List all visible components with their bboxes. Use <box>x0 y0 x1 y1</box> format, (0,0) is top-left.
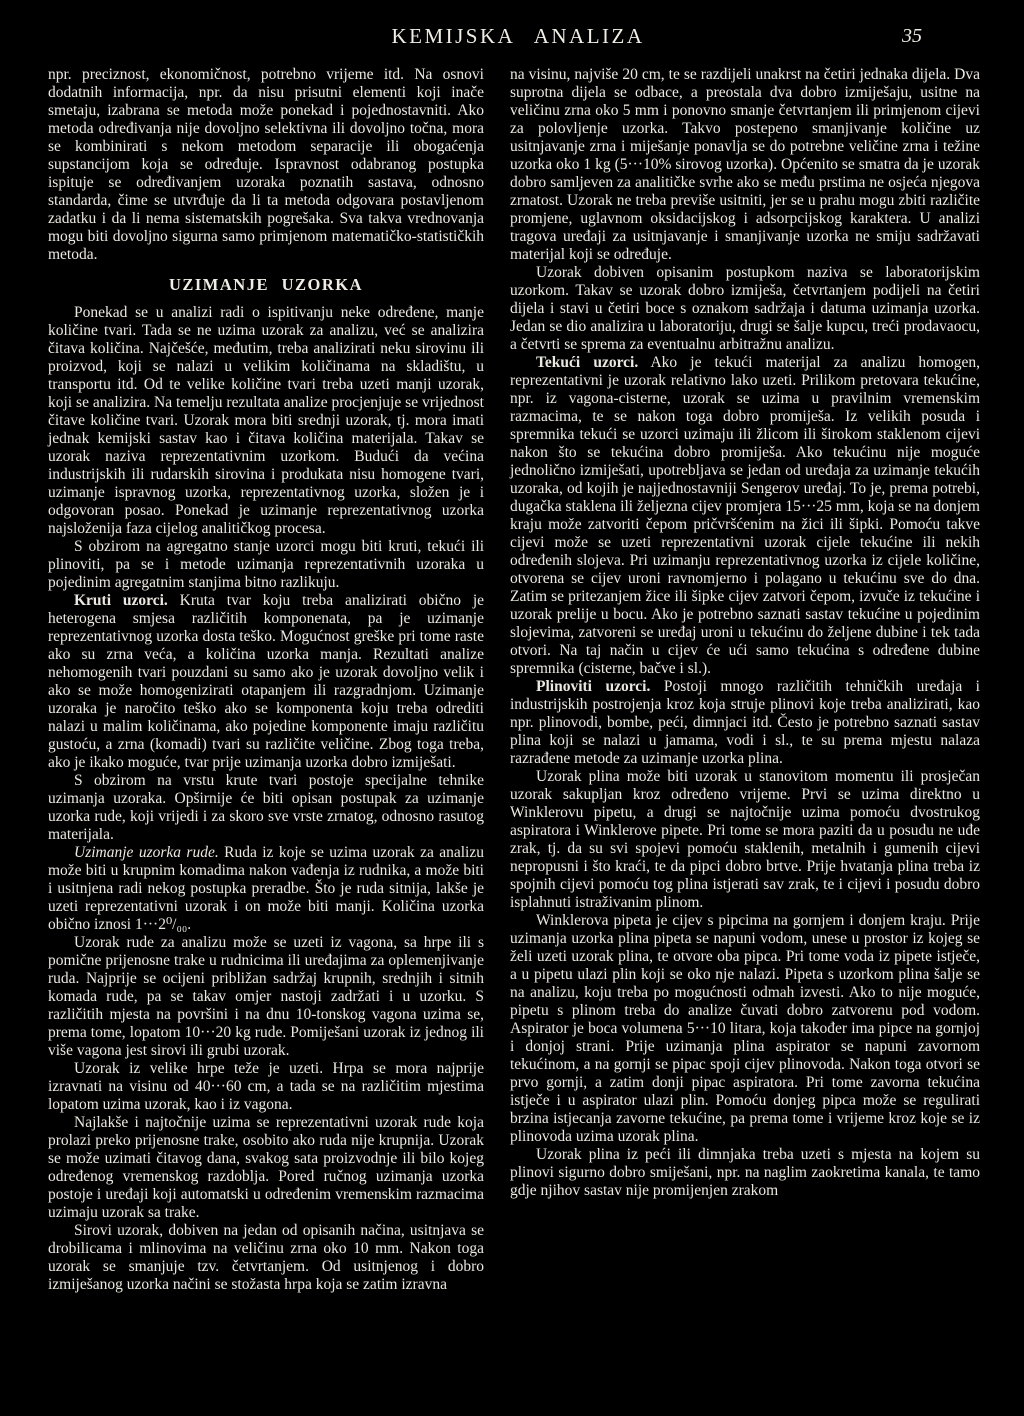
running-title: KEMIJSKA ANALIZA <box>48 24 988 49</box>
paragraph: Sirovi uzorak, dobiven na jedan od opisa… <box>48 1222 484 1294</box>
section-heading: UZIMANJE UZORKA <box>48 276 484 294</box>
paragraph: Uzimanje uzorka rude. Ruda iz koje se uz… <box>48 844 484 934</box>
paragraph: Plinoviti uzorci. Postoji mnogo različit… <box>510 678 980 768</box>
page-header: KEMIJSKA ANALIZA 35 <box>48 24 988 56</box>
paragraph-lead: Plinoviti uzorci. <box>536 678 650 695</box>
paragraph-lead: Tekući uzorci. <box>536 354 638 371</box>
two-column-text-body: npr. preciznost, ekonomičnost, potrebno … <box>48 66 980 1294</box>
paragraph: S obzirom na agregatno stanje uzorci mog… <box>48 538 484 592</box>
paragraph: Uzorak plina može biti uzorak u stanovit… <box>510 768 980 912</box>
paragraph: S obzirom na vrstu krute tvari postoje s… <box>48 772 484 844</box>
paragraph: Uzorak dobiven opisanim postupkom naziva… <box>510 264 980 354</box>
page-number: 35 <box>902 25 922 48</box>
paragraph: Najlakše i najtočnije uzima se reprezent… <box>48 1114 484 1222</box>
paragraph-lead: Uzimanje uzorka rude. <box>74 844 219 861</box>
paragraph: Uzorak rude za analizu može se uzeti iz … <box>48 934 484 1060</box>
paragraph: Uzorak iz velike hrpe teže je uzeti. Hrp… <box>48 1060 484 1114</box>
paragraph: na visinu, najviše 20 cm, te se razdijel… <box>510 66 980 264</box>
paragraph: npr. preciznost, ekonomičnost, potrebno … <box>48 66 484 264</box>
right-column: na visinu, najviše 20 cm, te se razdijel… <box>510 66 980 1294</box>
paragraph: Winklerova pipeta je cijev s pipcima na … <box>510 912 980 1146</box>
left-column: npr. preciznost, ekonomičnost, potrebno … <box>48 66 484 1294</box>
paragraph: Kruti uzorci. Kruta tvar koju treba anal… <box>48 592 484 772</box>
paragraph-lead: Kruti uzorci. <box>74 592 168 609</box>
paragraph: Tekući uzorci. Ako je tekući materijal z… <box>510 354 980 678</box>
paragraph: Uzorak plina iz peći ili dimnjaka treba … <box>510 1146 980 1200</box>
scanned-book-page: { "header": { "title": "KEMIJSKA ANALIZA… <box>0 0 1024 1416</box>
paragraph: Ponekad se u analizi radi o ispitivanju … <box>48 304 484 538</box>
book-page: KEMIJSKA ANALIZA 35 npr. preciznost, eko… <box>0 0 1024 1416</box>
